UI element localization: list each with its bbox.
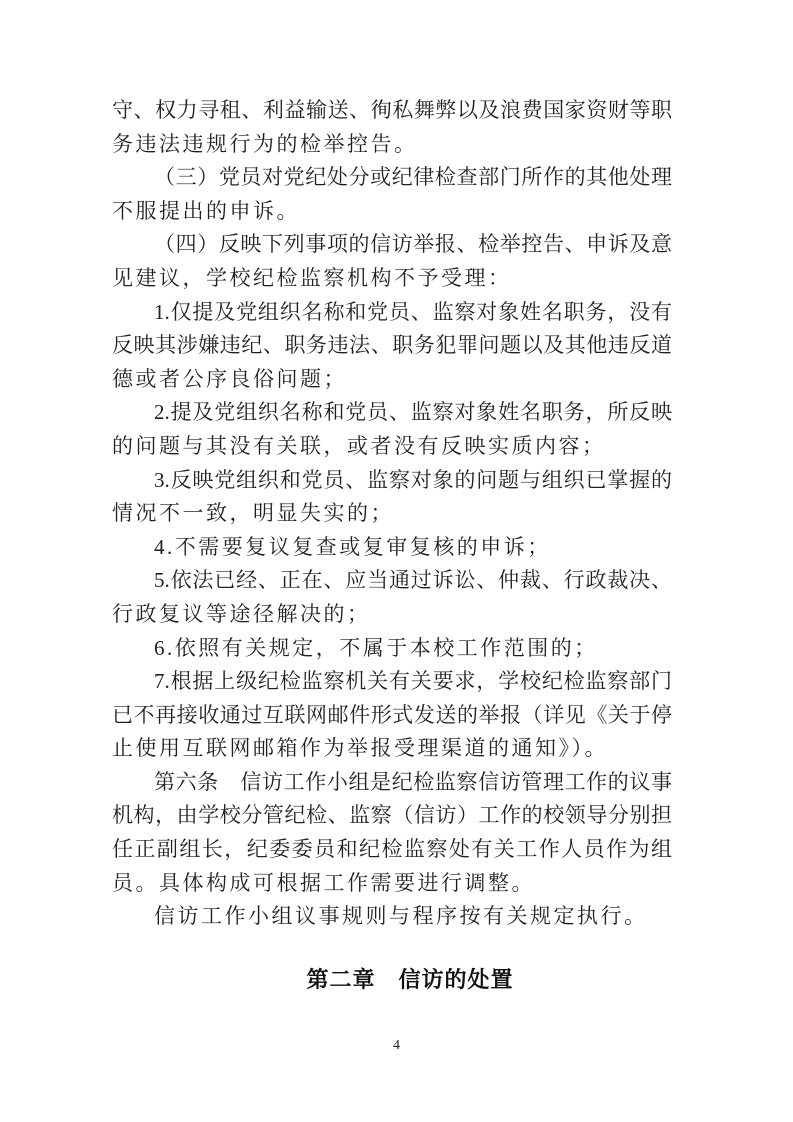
text-line: 不服提出的申诉。	[112, 195, 672, 229]
text-line: 已不再接收通过互联网邮件形式发送的举报（详见《关于停	[112, 699, 672, 733]
text-line: 见建议，学校纪检监察机构不予受理：	[112, 262, 672, 296]
chapter-heading: 第二章 信访的处置	[112, 963, 672, 997]
text-line: 任正副组长，纪委委员和纪检监察处有关工作人员作为组	[112, 833, 672, 867]
text-line: 务违法违规行为的检举控告。	[112, 128, 672, 162]
text-line: （四）反映下列事项的信访举报、检举控告、申诉及意	[112, 228, 672, 262]
text-line: 止使用互联网邮箱作为举报受理渠道的通知》）。	[112, 732, 672, 766]
text-line: 1.仅提及党组织名称和党员、监察对象姓名职务，没有	[112, 296, 672, 330]
text-line: 员。具体构成可根据工作需要进行调整。	[112, 867, 672, 901]
text-line: 情况不一致，明显失实的；	[112, 497, 672, 531]
page-number: 4	[0, 1036, 793, 1056]
text-line: 德或者公序良俗问题；	[112, 363, 672, 397]
document-page: 守、权力寻租、利益输送、徇私舞弊以及浪费国家资财等职务违法违规行为的检举控告。（…	[0, 0, 793, 1122]
text-line: 3.反映党组织和党员、监察对象的问题与组织已掌握的	[112, 464, 672, 498]
text-line: 6.依照有关规定，不属于本校工作范围的；	[112, 632, 672, 666]
text-line: 机构，由学校分管纪检、监察（信访）工作的校领导分别担	[112, 799, 672, 833]
text-line: 第六条 信访工作小组是纪检监察信访管理工作的议事	[112, 766, 672, 800]
text-line: 行政复议等途径解决的；	[112, 598, 672, 632]
text-line: 的问题与其没有关联，或者没有反映实质内容；	[112, 430, 672, 464]
text-line: 2.提及党组织名称和党员、监察对象姓名职务，所反映	[112, 396, 672, 430]
text-line: 4.不需要复议复查或复审复核的申诉；	[112, 531, 672, 565]
body-text: 守、权力寻租、利益输送、徇私舞弊以及浪费国家资财等职务违法违规行为的检举控告。（…	[112, 94, 672, 934]
text-line: 信访工作小组议事规则与程序按有关规定执行。	[112, 900, 672, 934]
text-line: 反映其涉嫌违纪、职务违法、职务犯罪问题以及其他违反道	[112, 329, 672, 363]
text-line: 守、权力寻租、利益输送、徇私舞弊以及浪费国家资财等职	[112, 94, 672, 128]
text-line: （三）党员对党纪处分或纪律检查部门所作的其他处理	[112, 161, 672, 195]
text-line: 5.依法已经、正在、应当通过诉讼、仲裁、行政裁决、	[112, 564, 672, 598]
text-line: 7.根据上级纪检监察机关有关要求，学校纪检监察部门	[112, 665, 672, 699]
